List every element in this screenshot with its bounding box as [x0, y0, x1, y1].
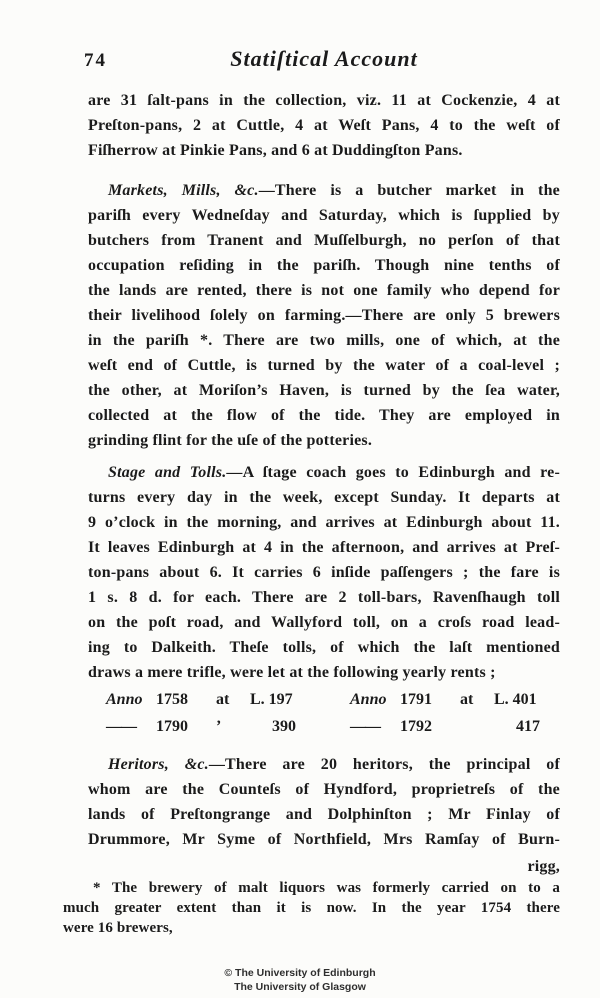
at-word: at: [460, 686, 494, 713]
ditto-dash: ——: [350, 713, 400, 740]
paragraph-heritors: Heritors, &c.—There are 20 heritors, the…: [88, 752, 560, 879]
footer-stamp: © The University of Edinburgh The Univer…: [0, 966, 600, 994]
table-row: Anno 1758 at L. 197 Anno 1791 at L. 401: [88, 686, 560, 713]
footnote-line: were 16 brewers,: [63, 918, 560, 938]
text-line: 1 s. 8 d. for each. There are 2 toll-bar…: [88, 585, 560, 610]
spacer: [460, 713, 494, 740]
page-number: 74: [84, 50, 107, 72]
section-lead: Markets, Mills, &c.: [108, 182, 259, 199]
text-line: occupation reſiding in the pariſh. Thoug…: [88, 253, 560, 278]
page-header: 74 Statiſtical Account: [88, 46, 560, 78]
catchword: rigg,: [88, 854, 560, 879]
rent-amount: L. 197: [250, 686, 350, 713]
text-line: their livelihood ſolely on farming.—Ther…: [88, 303, 560, 328]
text-line: the other, at Moriſon’s Haven, is turned…: [88, 378, 560, 403]
rent-amount: 390: [250, 713, 350, 740]
section-lead: Heritors, &c.: [108, 756, 209, 773]
text-line: draws a mere trifle, were let at the fol…: [88, 660, 560, 685]
toll-rents-table: Anno 1758 at L. 197 Anno 1791 at L. 401 …: [88, 686, 560, 740]
rent-amount: L. 401: [494, 686, 560, 713]
ditto-dash: ——: [106, 713, 156, 740]
text-line: It leaves Edinburgh at 4 in the afternoo…: [88, 535, 560, 560]
text-line: are 31 ſalt-pans in the collection, viz.…: [88, 88, 560, 113]
table-entry: —— 1790 ’ 390: [106, 713, 350, 740]
text-line: turns every day in the week, except Sund…: [88, 485, 560, 510]
year-value: 1758: [156, 686, 216, 713]
book-page: 74 Statiſtical Account are 31 ſalt-pans …: [0, 0, 600, 998]
footer-glasgow: The University of Glasgow: [0, 980, 600, 994]
text-line: on the poſt road, and Wallyford toll, on…: [88, 610, 560, 635]
text-line: Drummore, Mr Syme of Northfield, Mrs Ram…: [88, 827, 560, 852]
text-line: pariſh every Wedneſday and Saturday, whi…: [88, 203, 560, 228]
text-line: the lands are rented, there is not one f…: [88, 278, 560, 303]
text-line: 9 o’clock in the morning, and arrives at…: [88, 510, 560, 535]
text-line: Fiſherrow at Pinkie Pans, and 6 at Duddi…: [88, 138, 560, 163]
text-line: Markets, Mills, &c.—There is a butcher m…: [88, 178, 560, 203]
lead-continuation: —There are 20 heritors, the principal of: [209, 756, 560, 773]
text-line: in the pariſh *. There are two mills, on…: [88, 328, 560, 353]
paragraph-stage-tolls: Stage and Tolls.—A ſtage coach goes to E…: [88, 460, 560, 685]
year-value: 1790: [156, 713, 216, 740]
table-entry: —— 1792 417: [350, 713, 560, 740]
footnote: * The brewery of malt liquors was former…: [63, 878, 560, 938]
lead-continuation: —A ſtage coach goes to Edinburgh and re-: [226, 464, 560, 481]
at-word: at: [216, 686, 250, 713]
text-line: lands of Preſtongrange and Dolphinſton ;…: [88, 802, 560, 827]
text-line: ing to Dalkeith. Theſe tolls, of which t…: [88, 635, 560, 660]
footnote-line: much greater extent than it is now. In t…: [63, 898, 560, 918]
running-title: Statiſtical Account: [88, 46, 560, 72]
text-line: Heritors, &c.—There are 20 heritors, the…: [88, 752, 560, 777]
year-value: 1792: [400, 713, 460, 740]
text-line: Preſton-pans, 2 at Cuttle, 4 at Weſt Pan…: [88, 113, 560, 138]
text-line: grinding flint for the uſe of the potter…: [88, 428, 560, 453]
text-line: weſt end of Cuttle, is turned by the wat…: [88, 353, 560, 378]
section-lead: Stage and Tolls.: [108, 464, 226, 481]
paragraph-saltpans: are 31 ſalt-pans in the collection, viz.…: [88, 88, 560, 163]
text-line: collected at the flow of the tide. They …: [88, 403, 560, 428]
footer-edinburgh: © The University of Edinburgh: [0, 966, 600, 980]
table-entry: Anno 1791 at L. 401: [350, 686, 560, 713]
table-row: —— 1790 ’ 390 —— 1792 417: [88, 713, 560, 740]
text-line: ton-pans about 6. It carries 6 inſide pa…: [88, 560, 560, 585]
footnote-line: * The brewery of malt liquors was former…: [63, 878, 560, 898]
paragraph-markets-mills: Markets, Mills, &c.—There is a butcher m…: [88, 178, 560, 453]
anno-label: Anno: [350, 686, 400, 713]
lead-continuation: —There is a butcher market in the: [259, 182, 560, 199]
anno-label: Anno: [106, 686, 156, 713]
year-value: 1791: [400, 686, 460, 713]
table-entry: Anno 1758 at L. 197: [106, 686, 350, 713]
text-line: whom are the Counteſs of Hyndford, propr…: [88, 777, 560, 802]
rent-amount: 417: [494, 713, 560, 740]
text-line: butchers from Tranent and Muſſelburgh, n…: [88, 228, 560, 253]
text-line: Stage and Tolls.—A ſtage coach goes to E…: [88, 460, 560, 485]
ink-mark: ’: [216, 713, 250, 740]
